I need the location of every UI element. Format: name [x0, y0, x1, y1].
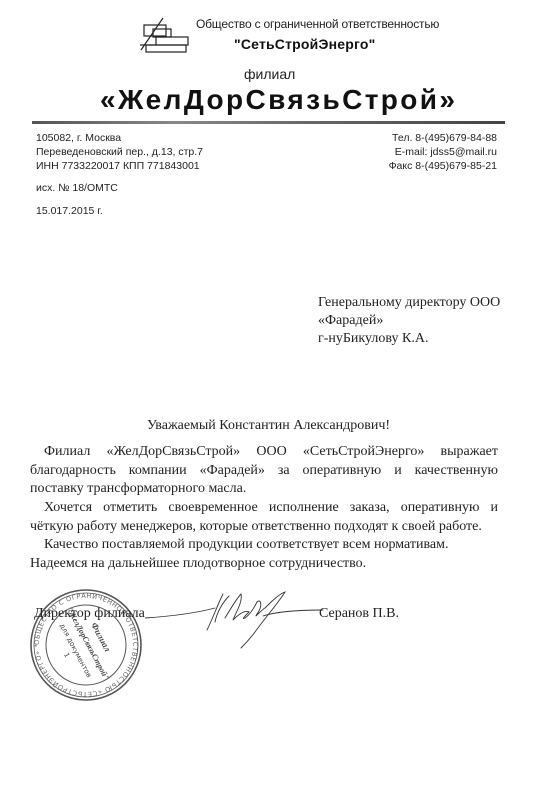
sender-contacts: Тел. 8-(495)679-84-88 E-mail: jdss5@mail… — [389, 131, 497, 173]
tax-ids: ИНН 7733220017 КПП 771843001 — [36, 159, 203, 173]
branch-subtitle: филиал — [244, 66, 295, 82]
phone-number: Тел. 8-(495)679-84-88 — [389, 131, 497, 145]
signatory-name: Серанов П.В. — [319, 606, 399, 622]
branch-name-title: «ЖелДорСвязьСтрой» — [100, 84, 457, 116]
round-seal-stamp-icon: ОБЩЕСТВО С ОГРАНИЧЕННОЙ ОТВЕТСТВЕННОСТЬЮ… — [30, 587, 142, 704]
letterhead-divider — [32, 121, 505, 124]
body-paragraph: Филиал «ЖелДорСвязьСтрой» ООО «СетьСтрой… — [30, 443, 498, 499]
email-address: E-mail: jdss5@mail.ru — [389, 145, 497, 159]
fax-number: Факс 8-(495)679-85-21 — [389, 159, 497, 173]
outgoing-reference: исх. № 18/ОМТС — [36, 181, 118, 195]
recipient-name: г-нуБикулову К.А. — [318, 330, 500, 348]
org-type-text: Общество с ограниченной ответственностью — [196, 17, 439, 31]
signatory-title: Директор филиала — [34, 606, 145, 622]
address-line: Переведеновский пер., д.13, стр.7 — [36, 145, 203, 159]
company-name: "СетьСтройЭнерго" — [234, 36, 375, 52]
company-logo-icon — [138, 16, 190, 56]
recipient-line: Генеральному директору ООО — [318, 294, 500, 312]
handwritten-signature-icon — [145, 588, 325, 653]
stamp-center-line: 1 — [62, 651, 71, 659]
recipient-block: Генеральному директору ООО «Фарадей» г-н… — [318, 294, 500, 348]
letter-date: 15.017.2015 г. — [36, 204, 103, 218]
sender-address: 105082, г. Москва Переведеновский пер., … — [36, 131, 203, 173]
recipient-company: «Фарадей» — [318, 312, 500, 330]
salutation: Уважаемый Константин Александрович! — [0, 418, 537, 434]
address-line: 105082, г. Москва — [36, 131, 203, 145]
body-paragraph: Хочется отметить своевременное исполнени… — [30, 499, 498, 536]
body-paragraph: Качество поставляемой продукции соответс… — [30, 536, 498, 555]
body-paragraph: Надеемся на дальнейшее плодотворное сотр… — [30, 555, 498, 574]
